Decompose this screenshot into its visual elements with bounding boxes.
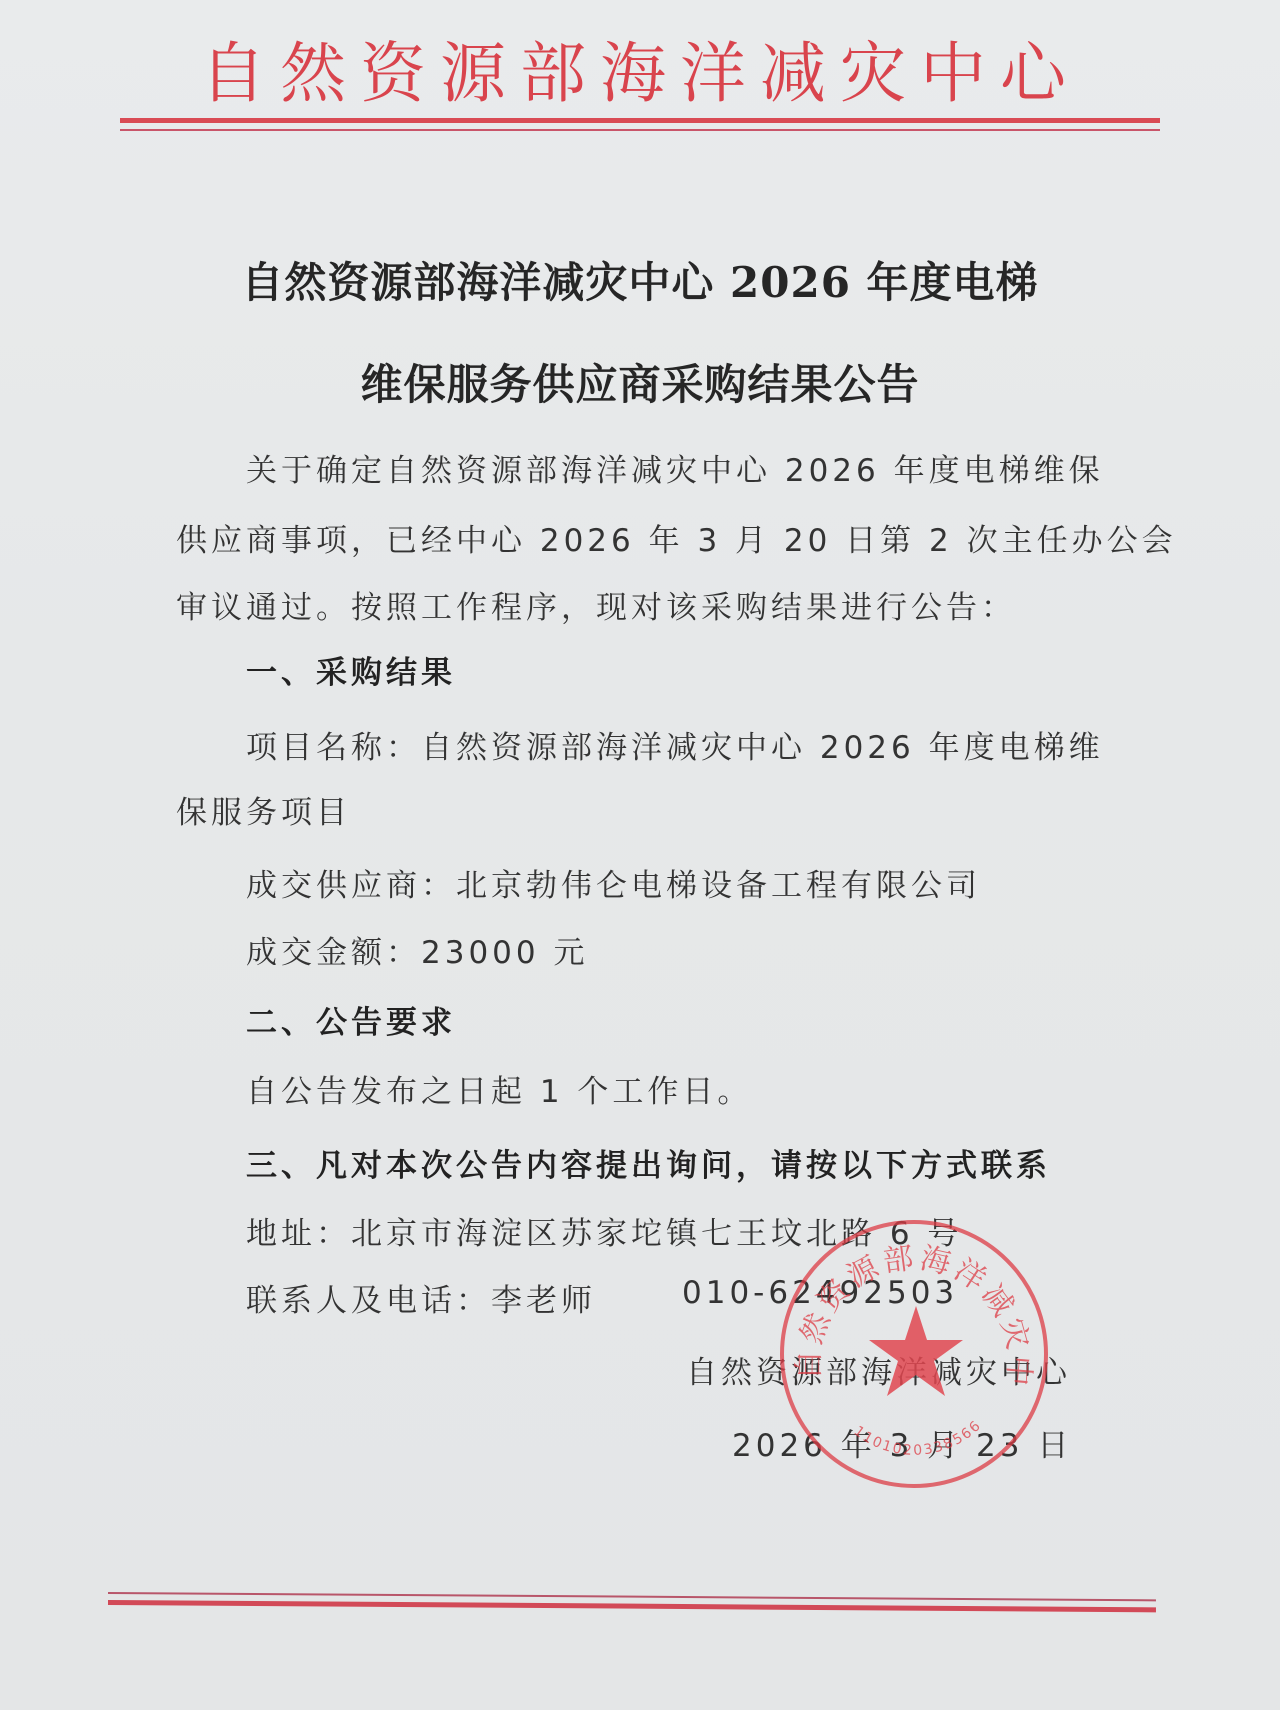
footer-divider-thin bbox=[108, 1592, 1156, 1601]
signature-org: 自然资源部海洋减灾中心 bbox=[686, 1347, 1071, 1392]
signature-date: 2026 年 3 月 23 日 bbox=[732, 1420, 1072, 1465]
document-title-line-1: 自然资源部海洋减灾中心 2026 年度电梯 bbox=[0, 250, 1280, 310]
intro-line-3: 审议通过。按照工作程序，现对该采购结果进行公告： bbox=[176, 582, 1016, 627]
intro-line-1: 关于确定自然资源部海洋减灾中心 2026 年度电梯维保 bbox=[246, 445, 1104, 490]
amount-line: 成交金额：23000 元 bbox=[246, 927, 588, 972]
section-2-heading: 二、公告要求 bbox=[246, 997, 456, 1042]
masthead-org-name: 自然资源部海洋减灾中心 bbox=[0, 20, 1280, 115]
section-3-heading: 三、凡对本次公告内容提出询问，请按以下方式联系 bbox=[246, 1140, 1051, 1185]
contact-label: 联系人及电话：李老师 bbox=[246, 1275, 596, 1320]
intro-line-2: 供应商事项，已经中心 2026 年 3 月 20 日第 2 次主任办公会 bbox=[176, 515, 1177, 560]
section-1-heading: 一、采购结果 bbox=[246, 647, 456, 692]
project-name-line-1: 项目名称：自然资源部海洋减灾中心 2026 年度电梯维 bbox=[246, 722, 1104, 767]
contact-phone: 010-62492503 bbox=[682, 1275, 958, 1311]
header-divider-thick bbox=[120, 118, 1160, 123]
supplier-line: 成交供应商：北京勃伟仑电梯设备工程有限公司 bbox=[246, 860, 981, 905]
section-2-text: 自公告发布之日起 1 个工作日。 bbox=[246, 1066, 752, 1111]
footer-divider-thick bbox=[108, 1600, 1156, 1612]
project-name-line-2: 保服务项目 bbox=[176, 787, 351, 832]
header-divider-thin bbox=[120, 129, 1160, 131]
document-title-line-2: 维保服务供应商采购结果公告 bbox=[0, 352, 1280, 412]
address-line: 地址：北京市海淀区苏家坨镇七王坟北路 6 号 bbox=[246, 1208, 962, 1253]
